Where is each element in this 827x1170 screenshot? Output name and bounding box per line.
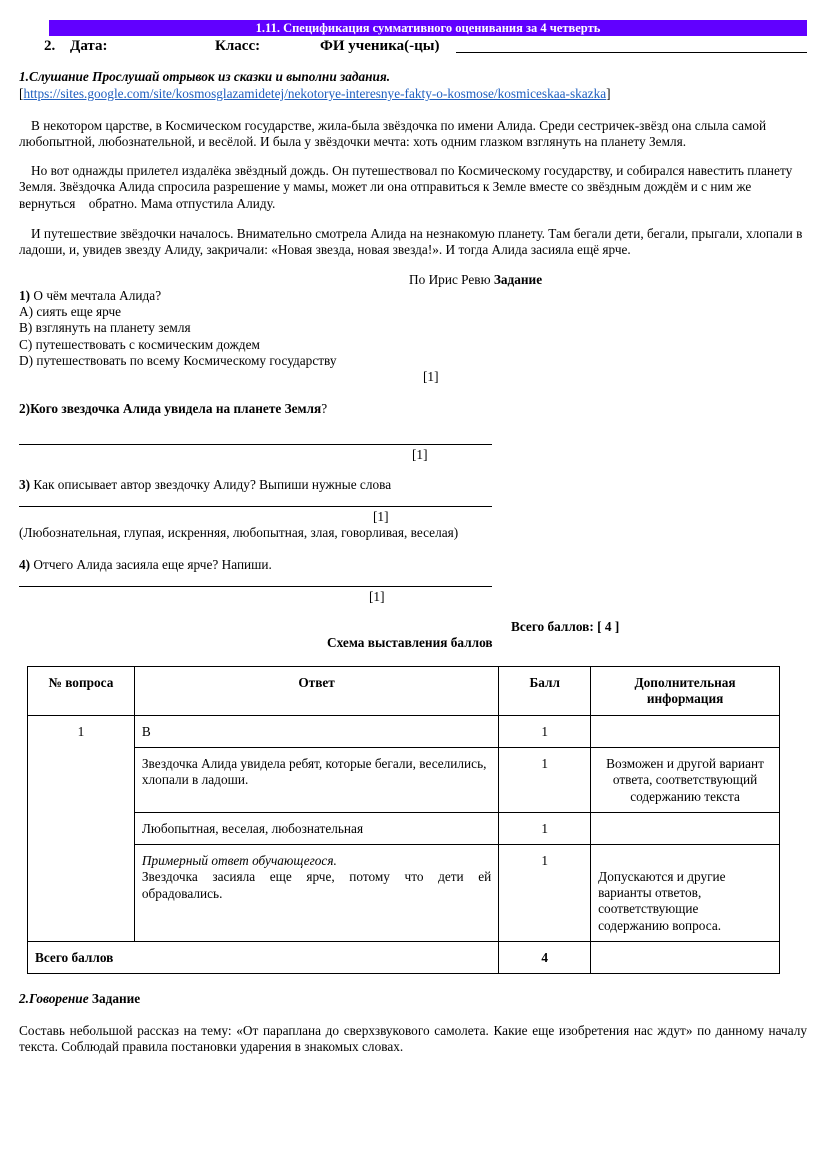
header-info: Дополнительная информация xyxy=(591,667,780,716)
question-2-mark-q: ? xyxy=(321,401,327,416)
bracket-close: ] xyxy=(606,86,610,101)
option-a[interactable]: A) сиять еще ярче xyxy=(19,304,121,320)
table-row: Любопытная, веселая, любознательная 1 xyxy=(28,813,780,845)
student-info-row: 2. Дата: Класс: ФИ ученика(-цы) xyxy=(44,36,807,56)
question-1: 1) О чём мечтала Алида? xyxy=(19,288,161,304)
question-4: 4) Отчего Алида засияла еще ярче? Напиши… xyxy=(19,557,272,573)
cell-answer: Примерный ответ обучающегося. Звездочка … xyxy=(134,845,498,942)
source-link[interactable]: https://sites.google.com/site/kosmosglaz… xyxy=(23,86,606,101)
word-bank: (Любознательная, глупая, искренняя, любо… xyxy=(19,525,458,541)
option-c[interactable]: C) путешествовать с космическим дождем xyxy=(19,337,260,353)
question-1-number: 1) xyxy=(19,288,30,303)
cell-answer: B xyxy=(134,716,498,748)
question-3-text: Как описывает автор звездочку Алиду? Вып… xyxy=(30,477,391,492)
total-label: Всего баллов xyxy=(28,942,499,974)
cell-info xyxy=(591,716,780,748)
cell-info: Допускаются и другие варианты ответов, с… xyxy=(591,845,780,942)
student-name-field[interactable] xyxy=(456,36,807,53)
table-row: 1 B 1 xyxy=(28,716,780,748)
cell-points: 1 xyxy=(499,748,591,813)
date-label: Дата: xyxy=(70,36,107,56)
story-paragraph-1: В некотором царстве, в Космическом госуд… xyxy=(19,118,807,151)
section2-text: Составь небольшой рассказ на тему: «От п… xyxy=(19,1023,807,1056)
cell-answer: Любопытная, веселая, любознательная xyxy=(134,813,498,845)
header-answer: Ответ xyxy=(134,667,498,716)
task-label: Задание xyxy=(494,272,542,287)
question-1-mark: [1] xyxy=(423,369,439,385)
question-1-text: О чём мечтала Алида? xyxy=(30,288,161,303)
cell-answer: Звездочка Алида увидела ребят, которые б… xyxy=(134,748,498,813)
total-info xyxy=(591,942,780,974)
author-credit: По Ирис Ревю xyxy=(409,272,494,287)
author-line: По Ирис Ревю Задание xyxy=(409,272,542,288)
option-b[interactable]: B) взглянуть на планету земля xyxy=(19,320,191,336)
item-number: 2. xyxy=(44,36,55,56)
answer-line-2[interactable] xyxy=(19,444,492,445)
question-4-mark: [1] xyxy=(369,589,385,605)
source-link-line: [https://sites.google.com/site/kosmosgla… xyxy=(19,86,611,102)
sample-answer-text: Звездочка засияла еще ярче, потому что д… xyxy=(142,869,491,902)
option-d[interactable]: D) путешествовать по всему Космическому … xyxy=(19,353,337,369)
section1-title-sub: Прослушай отрывок из сказки и выполни за… xyxy=(89,69,390,84)
student-name-label: ФИ ученика(-цы) xyxy=(320,36,439,56)
question-4-number: 4) xyxy=(19,557,30,572)
answer-line-3[interactable] xyxy=(19,506,492,507)
question-2-text: 2)Кого звездочка Алида увидела на планет… xyxy=(19,401,321,416)
cell-points: 1 xyxy=(499,845,591,942)
section2-title: 2.Говорение Задание xyxy=(19,991,140,1007)
cell-info xyxy=(591,813,780,845)
sample-answer-label: Примерный ответ обучающегося. xyxy=(142,853,491,869)
question-4-text: Отчего Алида засияла еще ярче? Напиши. xyxy=(30,557,272,572)
scoring-table: № вопроса Ответ Балл Дополнительная инфо… xyxy=(27,666,780,974)
section2-title-main: 2.Говорение xyxy=(19,991,89,1006)
question-2-mark: [1] xyxy=(412,447,428,463)
table-total-row: Всего баллов 4 xyxy=(28,942,780,974)
question-2: 2)Кого звездочка Алида увидела на планет… xyxy=(19,401,327,417)
cell-points: 1 xyxy=(499,716,591,748)
story-paragraph-3: И путешествие звёздочки началось. Внимат… xyxy=(19,226,807,259)
cell-question-number: 1 xyxy=(28,716,135,942)
question-3-number: 3) xyxy=(19,477,30,492)
story-paragraph-2: Но вот однажды прилетел издалёка звёздны… xyxy=(19,163,807,212)
section1-title-main: 1.Слушание xyxy=(19,69,89,84)
total-value: 4 xyxy=(499,942,591,974)
spec-banner: 1.11. Спецификация суммативного оцениван… xyxy=(49,20,807,36)
table-header-row: № вопроса Ответ Балл Дополнительная инфо… xyxy=(28,667,780,716)
section1-title: 1.Слушание Прослушай отрывок из сказки и… xyxy=(19,69,390,85)
header-points: Балл xyxy=(499,667,591,716)
table-row: Примерный ответ обучающегося. Звездочка … xyxy=(28,845,780,942)
class-label: Класс: xyxy=(215,36,260,56)
question-3: 3) Как описывает автор звездочку Алиду? … xyxy=(19,477,391,493)
answer-line-4[interactable] xyxy=(19,586,492,587)
table-row: Звездочка Алида увидела ребят, которые б… xyxy=(28,748,780,813)
question-3-mark: [1] xyxy=(373,509,389,525)
header-question-number: № вопроса xyxy=(28,667,135,716)
cell-info: Возможен и другой вариант ответа, соотве… xyxy=(591,748,780,813)
scheme-title: Схема выставления баллов xyxy=(327,635,493,651)
section2-task-label: Задание xyxy=(89,991,141,1006)
total-points: Всего баллов: [ 4 ] xyxy=(511,619,619,635)
cell-points: 1 xyxy=(499,813,591,845)
